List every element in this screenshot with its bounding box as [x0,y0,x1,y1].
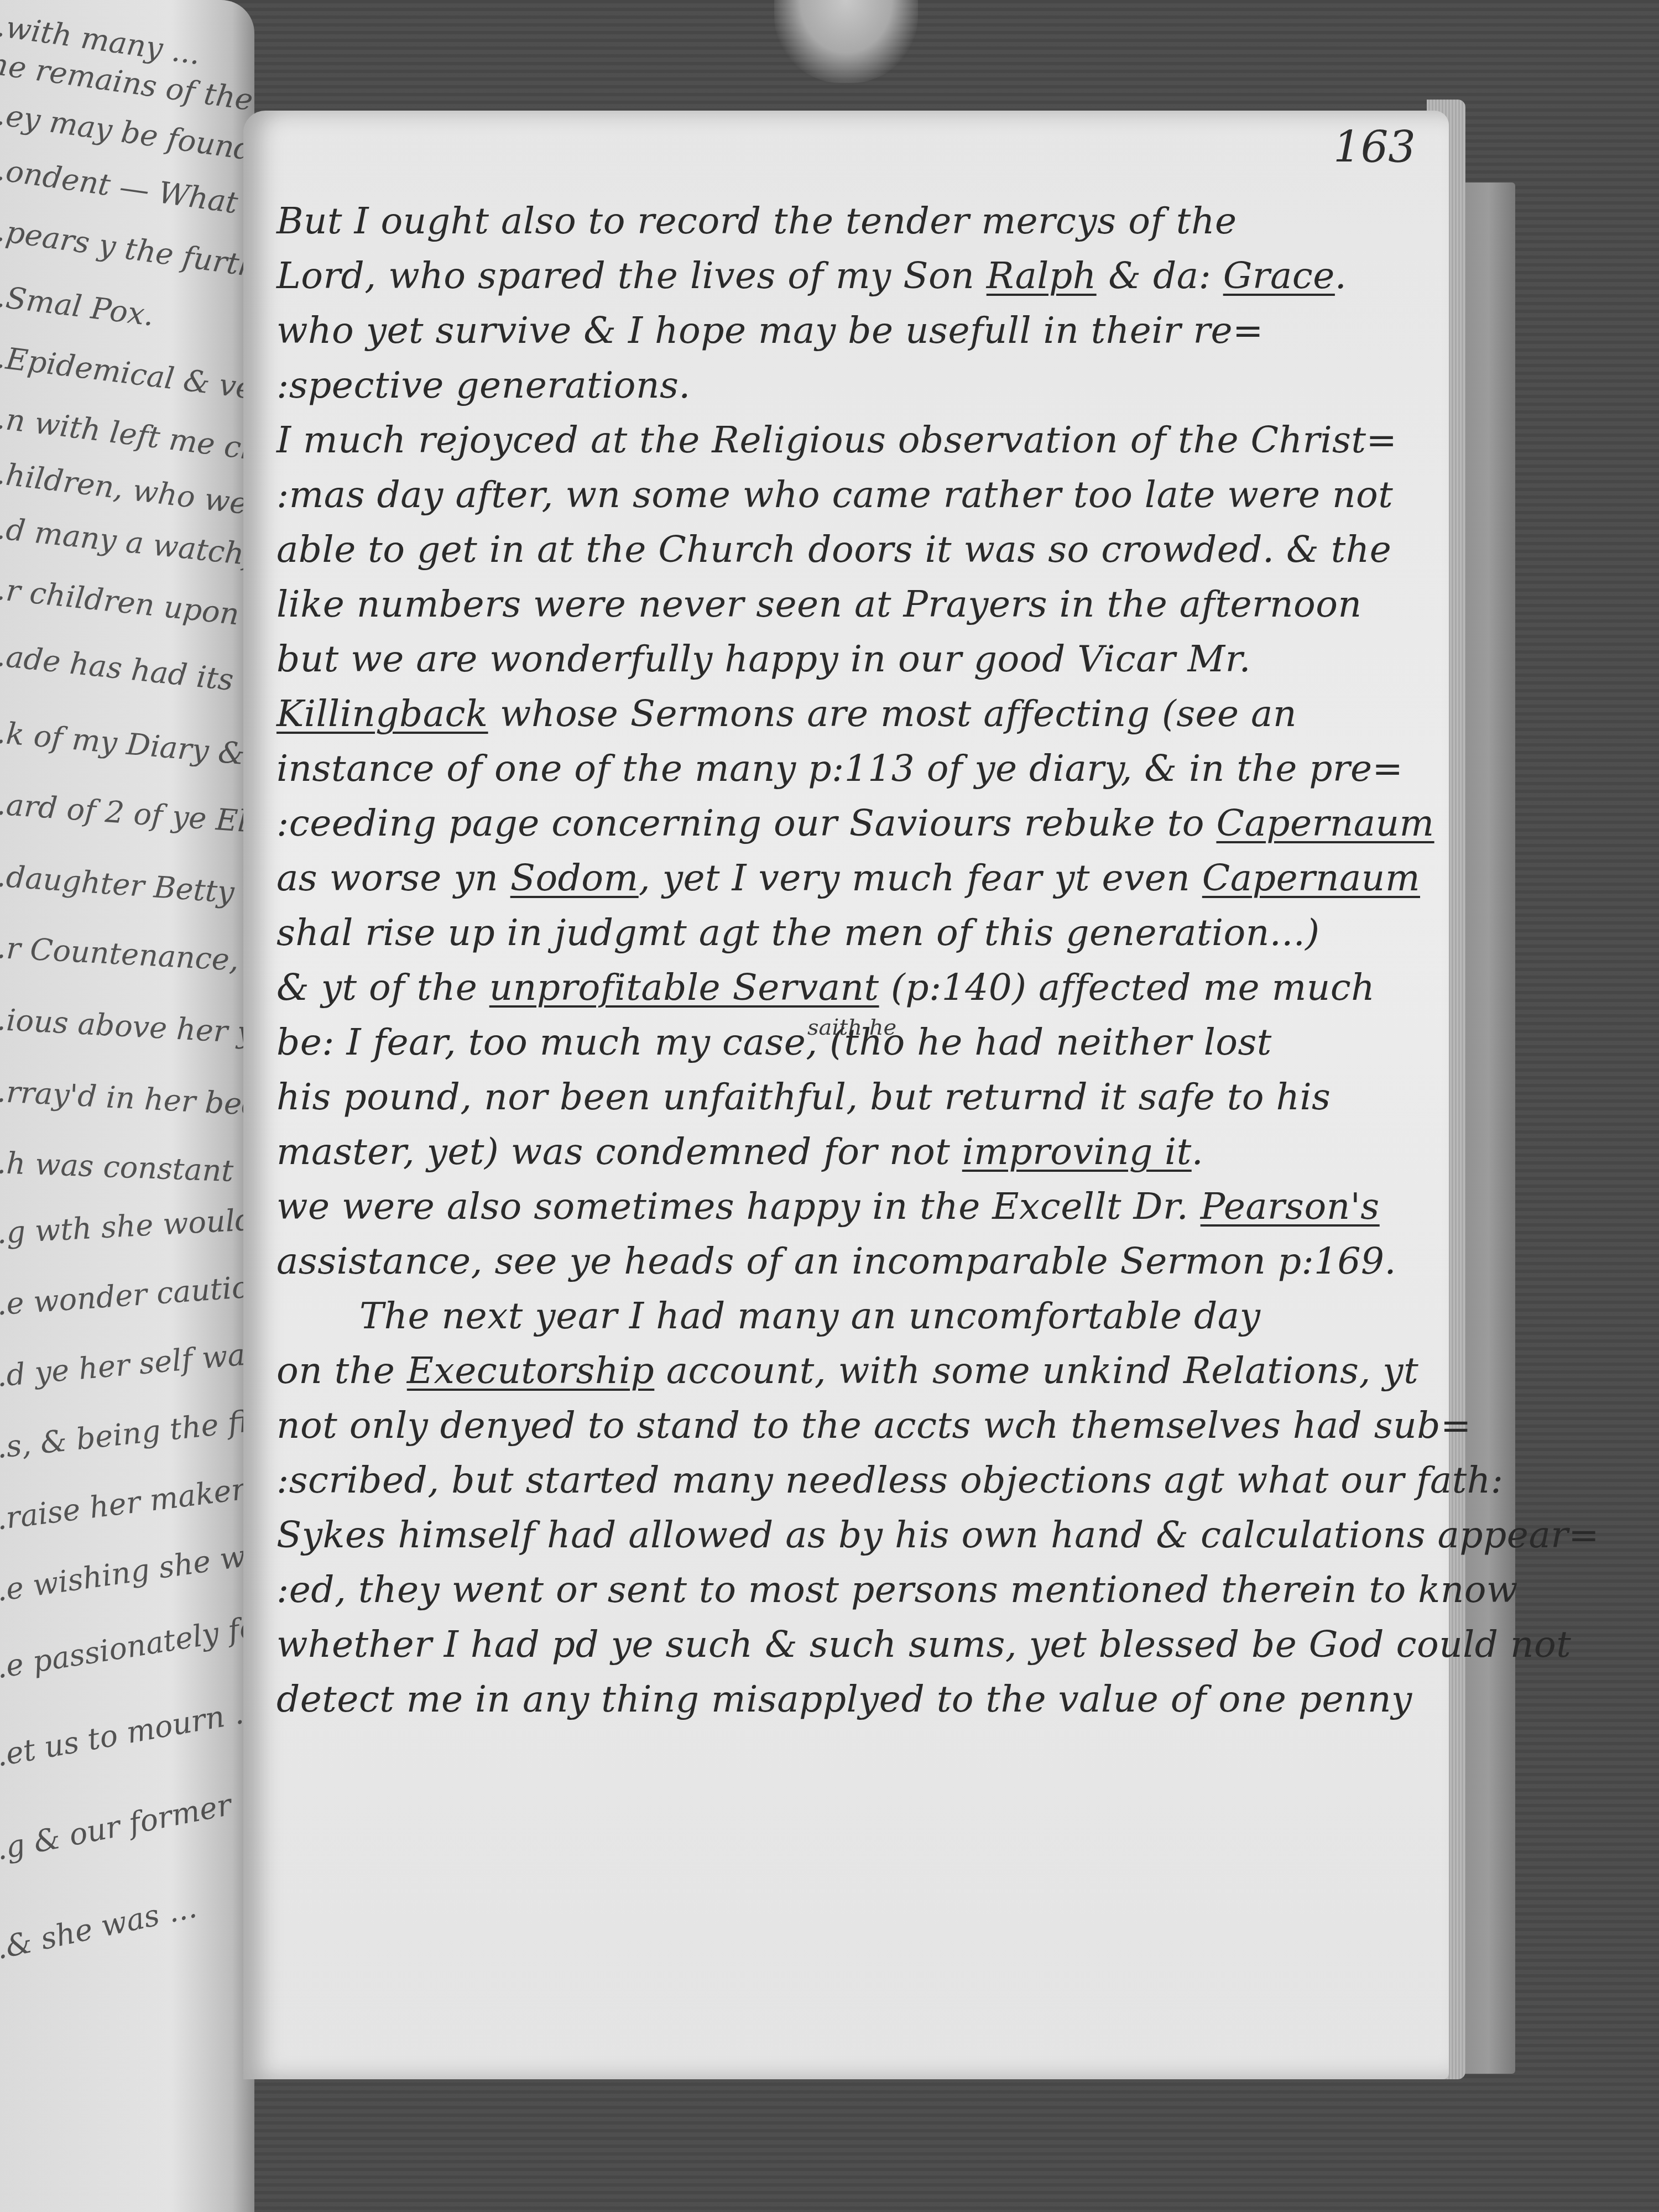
left-page-line: ...rray'd in her bed along... [0,1073,254,1129]
left-page-line: ...g & our former ... [0,1780,254,1871]
left-page-line: ...e wishing she would near [0,1519,254,1611]
manuscript-line: his pound, nor been unfaithful, but retu… [276,1070,1427,1124]
manuscript-line: :scribed, but started many needless obje… [276,1453,1427,1507]
manuscript-line: shal rise up in judgmt agt the men of th… [276,905,1427,960]
left-page-line: ...e wonder cautious ... [0,1265,254,1323]
underlined-word: unprofitable Servant [489,966,879,1009]
manuscript-line: be: I fear, too much my case, (tho he ha… [276,1015,1427,1070]
left-page-line: ...et us to mourn ... [0,1692,254,1777]
manuscript-line: detect me in any thing misapplyed to the… [276,1672,1427,1726]
page-number: 163 [1333,123,1416,173]
manuscript-line: like numbers were never seen at Prayers … [276,577,1427,632]
underlined-word: Sodom [510,857,639,899]
manuscript-line: Lord, who spared the lives of my Son Ral… [276,248,1427,303]
manuscript-line: Killingback whose Sermons are most affec… [276,686,1427,741]
left-page-line: ...r children upon this acc [0,570,254,645]
right-page: 163 saith he But I ought also to record … [243,111,1449,2079]
manuscript-line: I much rejoyced at the Religious observa… [276,413,1427,467]
underlined-word: Ralph [987,254,1097,297]
manuscript-line: able to get in at the Church doors it wa… [276,522,1427,577]
manuscript-line: master, yet) was condemned for not impro… [276,1124,1427,1179]
underlined-word: Pearson's [1201,1185,1380,1228]
underlined-word: improving it [962,1130,1192,1173]
left-page-line: ...h was constant in ye ... [0,1145,254,1193]
left-page-line: ...r Countenance, but wh... [0,929,254,985]
left-page-line: ...daughter Betty had ... [0,857,254,917]
manuscript-line: who yet survive & I hope may be usefull … [276,303,1427,358]
underlined-word: Capernaum [1202,857,1420,899]
left-page-line: ...s, & being the first ... [0,1396,254,1467]
underlined-word: Grace [1223,254,1335,297]
left-page-line: ...ade has had its more ... [0,636,254,711]
left-page-line: ...& she was ... [0,1890,200,1970]
left-page: ...with many ... the remains of the ... … [0,0,254,2212]
manuscript-line: we were also sometimes happy in the Exce… [276,1179,1427,1234]
left-page-line: ...ious above her years, ... [0,1001,254,1056]
left-page-line: ...g wth she would also ... [0,1197,254,1251]
manuscript-line: But I ought also to record the tender me… [276,194,1427,248]
manuscript-line: whether I had pd ye such & such sums, ye… [276,1617,1427,1672]
manuscript-line: :mas day after, wn some who came rather … [276,467,1427,522]
underlined-word: Capernaum [1216,802,1434,844]
manuscript-line: assistance, see ye heads of an incompara… [276,1234,1427,1288]
manuscript-line: :ceeding page concerning our Saviours re… [276,796,1427,851]
left-page-line: ...Smal Pox. [0,276,156,333]
left-page-line: ...ard of 2 of ye Elizabeth [0,785,254,847]
manuscript-text: But I ought also to record the tender me… [276,194,1427,1726]
manuscript-line: not only denyed to stand to the accts wc… [276,1398,1427,1453]
left-page-line: ...e passionately fond of her [0,1588,254,1688]
manuscript-line: :spective generations. [276,358,1427,413]
manuscript-line: :ed, they went or sent to most persons m… [276,1562,1427,1617]
manuscript-line: The next year I had many an uncomfortabl… [276,1288,1427,1343]
manuscript-line: but we are wonderfully happy in our good… [276,632,1427,686]
manuscript-line: on the Executorship account, with some u… [276,1343,1427,1398]
manuscript-line: instance of one of the many p:113 of ye … [276,741,1427,796]
underlined-word: Executorship [407,1349,654,1392]
left-page-line: ...raise her maker in ... [0,1462,254,1539]
manuscript-line: Sykes himself had allowed as by his own … [276,1507,1427,1562]
left-page-line: ...d ye her self was a ... [0,1330,254,1395]
left-page-line: ...d many a watchful night [0,509,254,585]
underlined-word: Killingback [276,692,488,735]
manuscript-line: as worse yn Sodom, yet I very much fear … [276,851,1427,905]
manuscript-line: & yt of the unprofitable Servant (p:140)… [276,960,1427,1015]
left-page-line: ...k of my Diary & p:103 ... [0,713,254,783]
